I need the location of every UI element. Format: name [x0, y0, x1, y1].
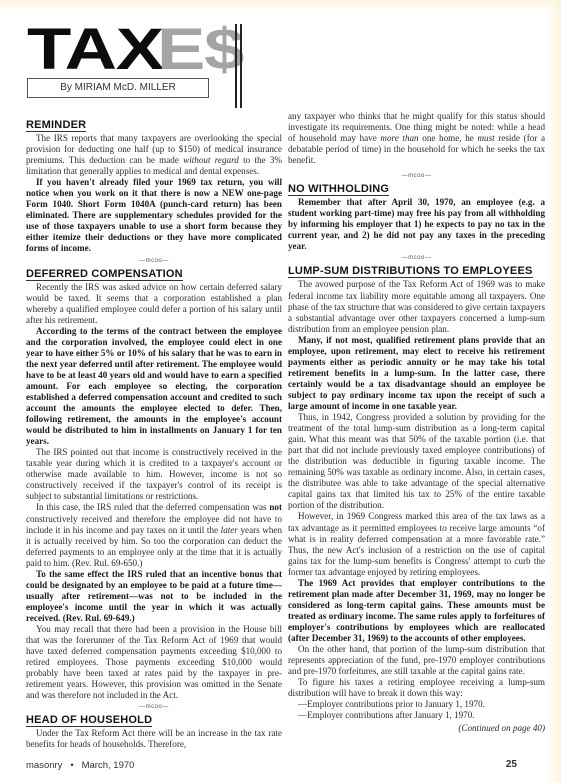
section-heading-deferred-compensation: DEFERRED COMPENSATION: [26, 268, 183, 281]
section-heading-reminder: REMINDER: [26, 119, 86, 132]
title-es: E$: [157, 22, 243, 78]
section-heading-no-withholding: NO WITHHOLDING: [288, 183, 389, 196]
page-top-tint: [0, 0, 561, 12]
publication-name: masonry: [26, 760, 62, 771]
section-separator: —mcoo—: [288, 253, 545, 263]
paragraph: Recently the IRS was asked advice on how…: [26, 282, 282, 326]
footer-publication: masonry • March, 1970: [26, 760, 134, 771]
masthead: TAX E$ By MIRIAM McD. MILLER: [27, 22, 287, 110]
paragraph: However, in 1969 Congress marked this ar…: [288, 511, 545, 577]
byline: By MIRIAM McD. MILLER: [27, 78, 209, 98]
paragraph: To figure his taxes a retiring employee …: [288, 677, 545, 699]
issue-date: March, 1970: [82, 760, 135, 771]
paragraph: If you haven't already filed your 1969 t…: [26, 177, 282, 254]
section-separator: —mcoo—: [26, 256, 282, 266]
list-item: —Employer contributions after January 1,…: [288, 710, 545, 721]
paragraph: any taxpayer who thinks that he might qu…: [288, 111, 545, 166]
title-tax: TAX: [27, 22, 163, 78]
paragraph: The avowed purpose of the Tax Reform Act…: [288, 279, 545, 334]
section-heading-head-of-household: HEAD OF HOUSEHOLD: [26, 714, 152, 727]
paragraph: In this case, the IRS ruled that the def…: [26, 502, 282, 568]
page-number: 25: [506, 759, 517, 770]
page-edge-tint: [547, 0, 561, 782]
section-heading-lump-sum: LUMP-SUM DISTRIBUTIONS TO EMPLOYEES: [288, 265, 533, 278]
right-column: any taxpayer who thinks that he might qu…: [288, 111, 545, 734]
section-separator: —mcoo—: [288, 171, 545, 181]
list-item: —Employer contributions prior to January…: [288, 699, 545, 710]
paragraph: The IRS reports that many taxpayers are …: [26, 133, 282, 177]
paragraph: Many, if not most, qualified retirement …: [288, 335, 545, 412]
section-separator: —mcoo—: [26, 702, 282, 712]
continued-note: (Continued on page 40): [288, 723, 545, 734]
bullet-icon: •: [70, 760, 73, 771]
paragraph: Thus, in 1942, Congress provided a solut…: [288, 412, 545, 511]
paragraph: Under the Tax Reform Act there will be a…: [26, 728, 282, 750]
paragraph: To the same effect the IRS ruled that an…: [26, 569, 282, 624]
left-column: REMINDER The IRS reports that many taxpa…: [26, 117, 282, 750]
paragraph: The IRS pointed out that income is const…: [26, 447, 282, 502]
dollar-sign-stroke: [240, 24, 242, 108]
paragraph: According to the terms of the contract b…: [26, 326, 282, 448]
paragraph: You may recall that there had been a pro…: [26, 624, 282, 701]
paragraph: Remember that after April 30, 1970, an e…: [288, 197, 545, 252]
paragraph: The 1969 Act provides that employer cont…: [288, 578, 545, 644]
paragraph: On the other hand, that portion of the l…: [288, 644, 545, 677]
dollar-sign-stroke: [235, 24, 237, 108]
